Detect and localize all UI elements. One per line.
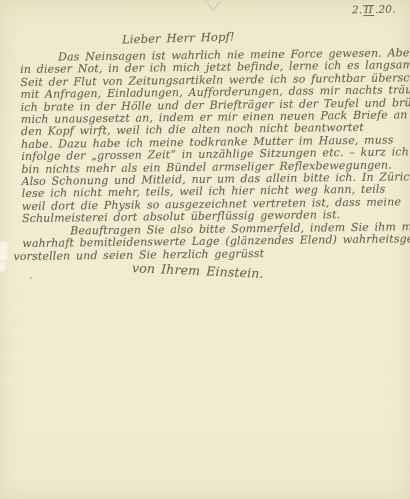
- signature-line: von Ihrem Einstein.: [132, 260, 264, 281]
- paper-speck: [30, 277, 32, 279]
- tape-residue: [0, 242, 7, 260]
- date-day: 2.: [352, 4, 363, 16]
- letter-page: 2.II.20. Lieber Herr Hopf! Das Neinsagen…: [0, 0, 410, 499]
- date-month-roman: II: [364, 5, 375, 16]
- letter-body: Das Neinsagen ist wahrlich nie meine For…: [20, 47, 403, 263]
- date-line: 2.II.20.: [352, 4, 396, 17]
- date-year: .20.: [375, 4, 396, 16]
- tape-residue: [0, 262, 5, 271]
- letter-line: vorstellen und seien Sie herzlich gegrüs…: [13, 246, 402, 263]
- salutation: Lieber Herr Hopf!: [122, 30, 235, 47]
- fold-mark: [202, 0, 224, 12]
